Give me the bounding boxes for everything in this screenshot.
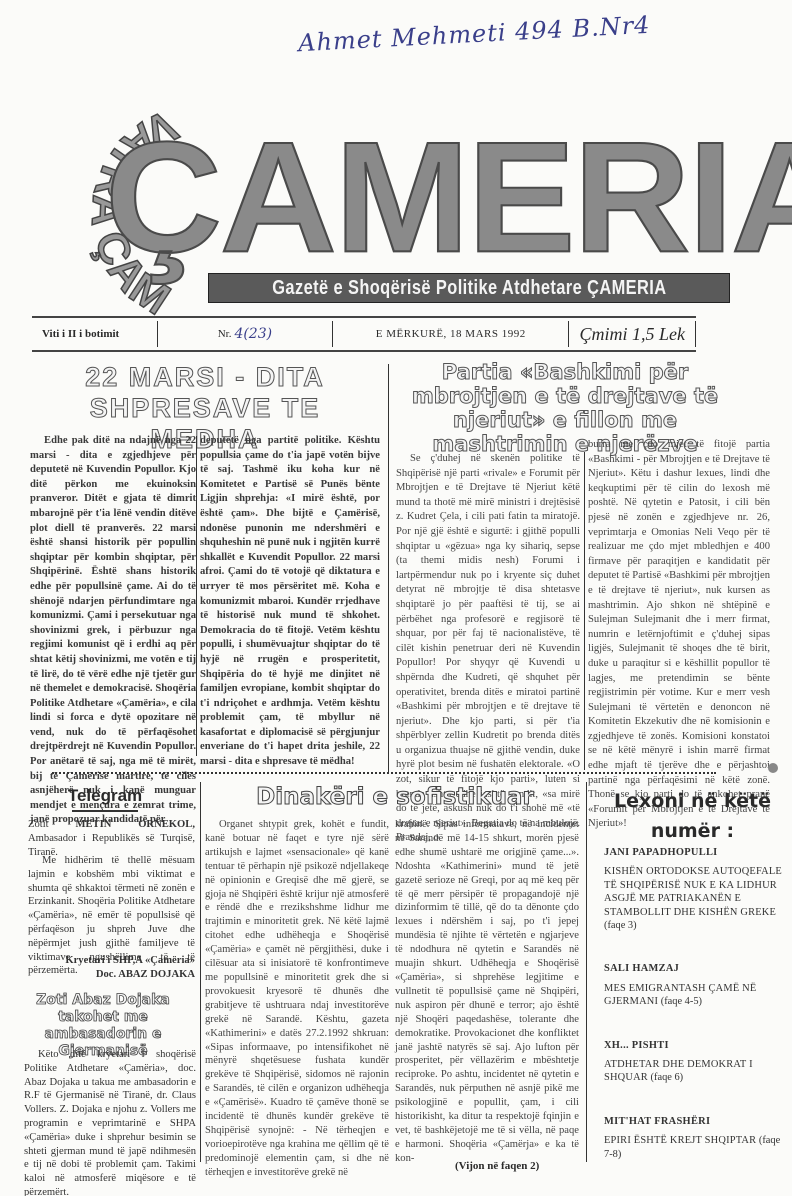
issue-prefix: Nr. bbox=[218, 328, 232, 340]
contents-title: Epiri është krejt shqiptar bbox=[604, 1135, 756, 1146]
issue-number-value: 4(23) bbox=[234, 326, 272, 342]
column-divider bbox=[586, 782, 587, 1162]
lexoni-title-line: numër : bbox=[605, 816, 780, 846]
article-zoti-body: Këto ditë kryetari i shoqërisë Politike … bbox=[24, 1048, 196, 1196]
article-22-marsi-col2: deputetë nga partitë politike. Kështu po… bbox=[200, 434, 380, 770]
issue-date: E MËRKURË, 18 MARS 1992 bbox=[333, 321, 568, 347]
article-text: Këto ditë kryetari i shoqërisë Politike … bbox=[24, 1048, 196, 1196]
article-22-marsi-col1: Edhe pak ditë na ndajnë nga 22 marsi - d… bbox=[30, 434, 196, 828]
contents-item[interactable]: SALI HAMZAJ Mes emigrantash çamë në Gjer… bbox=[604, 962, 784, 1008]
contents-page: (faqe 4-5) bbox=[661, 996, 702, 1007]
telegram-title: Telegram bbox=[30, 786, 180, 806]
contents-author: JANI PAPADHOPULLI bbox=[604, 846, 784, 859]
column-divider bbox=[584, 452, 585, 770]
article-text: Organet shtypit grek, kohët e fundit, ka… bbox=[205, 818, 389, 1180]
telegram-underline bbox=[72, 810, 138, 812]
address-prefix: Zotit bbox=[28, 819, 49, 830]
publication-year: Viti i II i botimit bbox=[32, 321, 157, 347]
headline-line: 22 MARSI - DITA bbox=[40, 362, 370, 393]
article-dinakeri-col1: Organet shtypit grek, kohët e fundit, ka… bbox=[205, 818, 389, 1180]
divider bbox=[695, 321, 696, 347]
article-text: deputetë nga partitë politike. Kështu po… bbox=[200, 434, 380, 770]
contents-page: (faqe 6) bbox=[651, 1072, 684, 1083]
contents-title: Kishën ortodokse autoqefale të Shqipëris… bbox=[604, 866, 782, 917]
address-name: METIN ORNEKOL, bbox=[75, 819, 195, 830]
telegram-signature: Kryetari i SHP,A «Çamëria» Doc. ABAZ DOJ… bbox=[28, 954, 195, 982]
signature-line: Doc. ABAZ DOJAKA bbox=[28, 968, 195, 982]
contents-item[interactable]: MIT'HAT FRASHËRI Epiri është krejt shqip… bbox=[604, 1115, 784, 1161]
contents-author: MIT'HAT FRASHËRI bbox=[604, 1115, 784, 1128]
section-divider bbox=[52, 772, 716, 774]
contents-page: (faqe 3) bbox=[604, 920, 637, 931]
lexoni-title: Lexoni në këtë numër : bbox=[605, 786, 780, 846]
ornament-dot-icon bbox=[768, 763, 778, 773]
issue-info-bar: Viti i II i botimit Nr. 4(23) E MËRKURË,… bbox=[32, 316, 696, 352]
column-divider bbox=[388, 364, 389, 772]
column-divider bbox=[196, 436, 197, 756]
signature-line: Kryetari i SHP,A «Çamëria» bbox=[28, 954, 195, 968]
issue-price: Çmimi 1,5 Lek bbox=[569, 321, 695, 347]
contents-item[interactable]: XH... PISHTI Atdhetar dhe demokrat i shq… bbox=[604, 1039, 784, 1085]
masthead-subtitle: Gazetë e Shoqërisë Politike Atdhetare ÇA… bbox=[272, 277, 666, 300]
article-text: Edhe pak ditë na ndajnë nga 22 marsi - d… bbox=[30, 434, 196, 828]
continued-note: (Vijon në faqen 2) bbox=[455, 1160, 539, 1172]
lexoni-contents-list: JANI PAPADHOPULLI Kishën ortodokse autoq… bbox=[604, 846, 784, 1191]
column-divider bbox=[200, 782, 201, 1162]
issue-number: Nr. 4(23) bbox=[158, 321, 332, 347]
lexoni-title-line: Lexoni në këtë bbox=[605, 786, 780, 816]
contents-item[interactable]: JANI PAPADHOPULLI Kishën ortodokse autoq… bbox=[604, 846, 784, 932]
handwritten-note: Ahmet Mehmeti 494 B.Nr4 bbox=[298, 11, 652, 57]
contents-author: SALI HAMZAJ bbox=[604, 962, 784, 975]
masthead-subtitle-bar: Gazetë e Shoqërisë Politike Atdhetare ÇA… bbox=[208, 273, 730, 303]
article-text: krahinë. Sipas informatave, në incidente… bbox=[395, 818, 579, 1166]
contents-author: XH... PISHTI bbox=[604, 1039, 784, 1052]
article-dinakeri-col2: krahinë. Sipas informatave, në incidente… bbox=[395, 818, 579, 1166]
masthead-title: ÇAMERIA bbox=[105, 118, 792, 276]
headline-dinakeri: Dinakëri e sofistikuar bbox=[220, 784, 570, 810]
